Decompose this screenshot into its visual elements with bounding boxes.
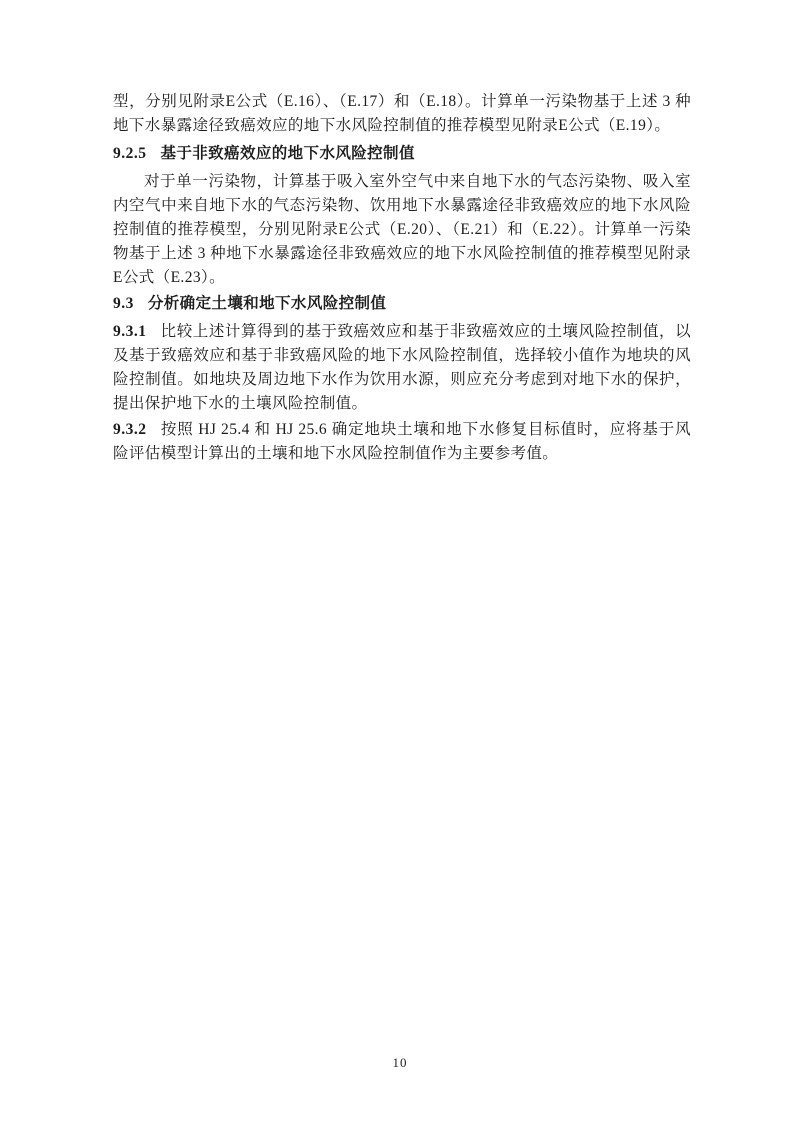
paragraph-continuation: 型，分别见附录E公式（E.16）、（E.17）和（E.18）。计算单一污染物基于… (113, 90, 691, 138)
document-page: 型，分别见附录E公式（E.16）、（E.17）和（E.18）。计算单一污染物基于… (0, 0, 800, 1131)
clause-9-3-1: 9.3.1比较上述计算得到的基于致癌效应和基于非致癌效应的土壤风险控制值，以及基… (113, 320, 691, 416)
section-title: 基于非致癌效应的地下水风险控制值 (160, 145, 414, 162)
page-body: 型，分别见附录E公式（E.16）、（E.17）和（E.18）。计算单一污染物基于… (113, 90, 691, 466)
paragraph-9-2-5: 对于单一污染物，计算基于吸入室外空气中来自地下水的气态污染物、吸入室内空气中来自… (113, 170, 691, 290)
clause-text: 按照 HJ 25.4 和 HJ 25.6 确定地块土壤和地下水修复目标值时，应将… (113, 421, 691, 462)
clause-number: 9.3.1 (113, 323, 147, 340)
page-number: 10 (393, 1055, 408, 1070)
section-heading-9-3: 9.3分析确定土壤和地下水风险控制值 (113, 292, 691, 316)
clause-9-3-2: 9.3.2按照 HJ 25.4 和 HJ 25.6 确定地块土壤和地下水修复目标… (113, 418, 691, 466)
clause-text: 比较上述计算得到的基于致癌效应和基于非致癌效应的土壤风险控制值，以及基于致癌效应… (113, 323, 691, 412)
section-title: 分析确定土壤和地下水风险控制值 (148, 295, 387, 312)
section-number: 9.2.5 (113, 145, 147, 162)
section-number: 9.3 (113, 295, 134, 312)
clause-number: 9.3.2 (113, 421, 147, 438)
section-heading-9-2-5: 9.2.5基于非致癌效应的地下水风险控制值 (113, 142, 691, 166)
page-footer: 10 (0, 1054, 800, 1072)
